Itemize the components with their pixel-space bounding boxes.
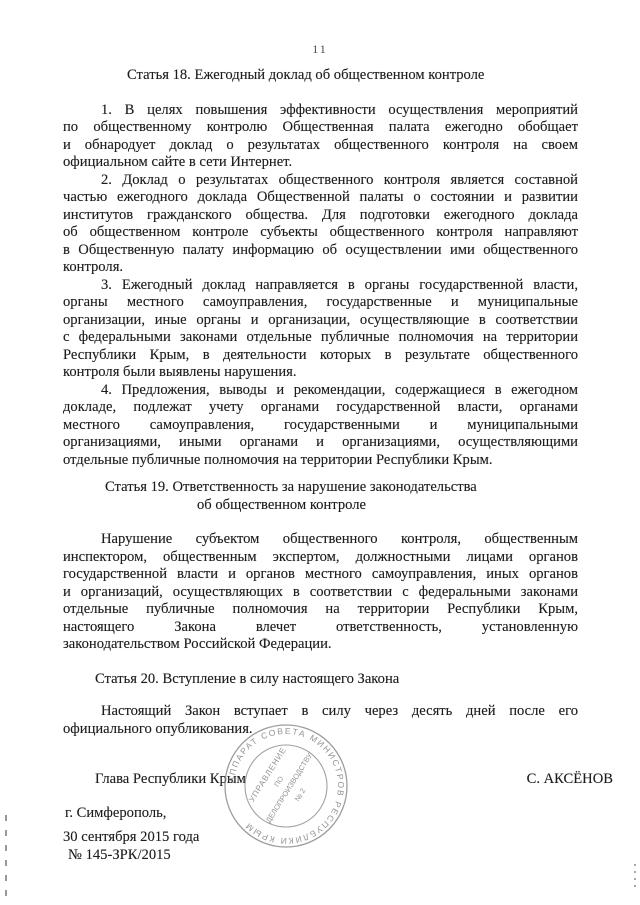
article-heading: Статья 20. Вступление в силу настоящего … [63,671,578,689]
paragraph-line: частью ежегодного доклада Общественной п… [63,189,578,207]
paragraph-line: государственной власти и органов местног… [63,566,578,584]
scan-artifact-right-edge [634,864,636,892]
paragraph-line: в Общественную палату информацию об осущ… [63,242,578,260]
paragraph-line: местного самоуправления, государственным… [63,417,578,435]
article-heading: Статья 18. Ежегодный доклад об обществен… [63,67,578,85]
paragraph-line: органы местного самоуправления, государс… [63,294,578,312]
svg-text:№ 2: № 2 [293,787,308,803]
heading-line: об общественном контроле [63,497,578,515]
paragraph: 4. Предложения, выводы и рекомендации, с… [63,382,578,470]
paragraph-line: отдельные публичные полномочия на террит… [63,452,578,470]
paragraph: 3. Ежегодный доклад направляется в орган… [63,277,578,382]
page-number: 11 [0,42,640,57]
paragraph-line: настоящего Закона влечет ответственность… [63,619,578,637]
scanned-document-page: 11 Статья 18. Ежегодный доклад об общест… [0,0,640,905]
paragraph: 1. В целях повышения эффективности осуще… [63,102,578,172]
paragraph-line: докладе, подлежат учету органами государ… [63,399,578,417]
heading-line: Статья 19. Ответственность за нарушение … [63,479,578,497]
paragraph-line: с федеральными законами отдельные публич… [63,329,578,347]
paragraph-line: Нарушение субъектом общественного контро… [63,531,578,549]
paragraph: 2. Доклад о результатах общественного ко… [63,172,578,277]
signatory-name: С. АКСЁНОВ [527,771,613,789]
paragraph-line: 3. Ежегодный доклад направляется в орган… [63,277,578,295]
paragraph-line: отдельные публичные полномочия на террит… [63,601,578,619]
heading-line: Статья 20. Вступление в силу настоящего … [63,671,578,689]
paragraph-line: контроля были выявлены нарушения. [63,364,578,382]
paragraph-line: законодательством Российской Федерации. [63,636,578,654]
round-stamp-icon: АППАРАТ СОВЕТА МИНИСТРОВ РЕСПУБЛИКИ КРЫМ… [211,711,361,861]
paragraph-line: 4. Предложения, выводы и рекомендации, с… [63,382,578,400]
paragraph-line: 2. Доклад о результатах общественного ко… [63,172,578,190]
paragraph-line: институтов гражданского общества. Для по… [63,207,578,225]
heading-line: Статья 18. Ежегодный доклад об обществен… [63,67,578,85]
paragraph-line: Республики Крым, в деятельности которых … [63,347,578,365]
paragraph-line: об общественном контроле субъекты общест… [63,224,578,242]
paragraph-line: организации, иные органы и организации, … [63,312,578,330]
paragraph-line: организациями, иными органами и организа… [63,434,578,452]
scan-artifact-left-edge [5,815,7,903]
paragraph-line: и организаций, осуществляющих в соответс… [63,584,578,602]
paragraph: Нарушение субъектом общественного контро… [63,531,578,654]
paragraph-line: инспектором, общественным экспертом, дол… [63,549,578,567]
document-body: Статья 18. Ежегодный доклад об обществен… [0,67,640,738]
paragraph-line: контроля. [63,259,578,277]
paragraph-line: и обнародует доклад о результатах общест… [63,137,578,155]
article-heading: Статья 19. Ответственность за нарушение … [63,479,578,514]
paragraph-line: официальном сайте в сети Интернет. [63,154,578,172]
paragraph-line: 1. В целях повышения эффективности осуще… [63,102,578,120]
paragraph-line: по общественному контролю Общественная п… [63,119,578,137]
